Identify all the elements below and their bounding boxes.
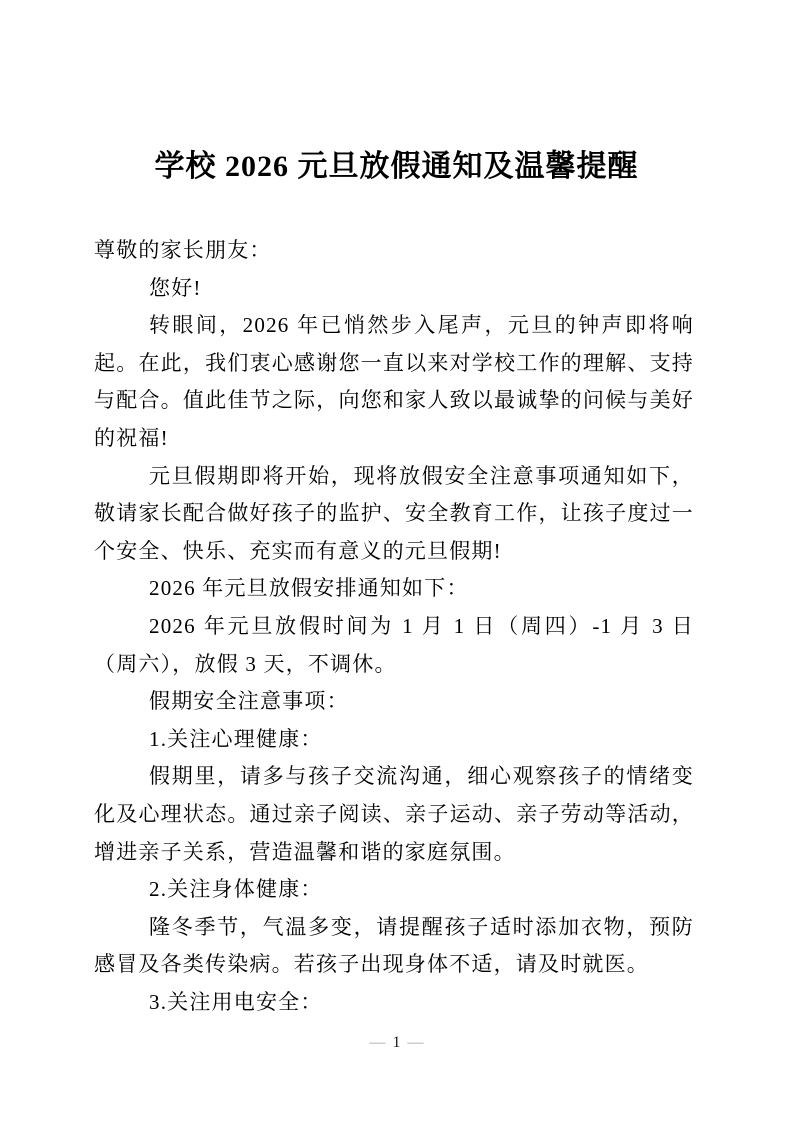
body-paragraph: 隆冬季节，气温多变，请提醒孩子适时添加衣物，预防感冒及各类传染病。若孩子出现身体…	[94, 909, 694, 984]
body-paragraph: 您好!	[94, 270, 694, 308]
document-page: 学校 2026 元旦放假通知及温馨提醒 尊敬的家长朋友： 您好! 转眼间，202…	[0, 0, 793, 1122]
body-paragraph: 假期安全注意事项：	[94, 683, 694, 721]
body-paragraph: 2026 年元旦放假时间为 1 月 1 日（周四）-1 月 3 日（周六），放假…	[94, 608, 694, 683]
page-number: 1	[393, 1034, 401, 1051]
body-paragraph: 3.关注用电安全：	[94, 984, 694, 1022]
body-paragraph: 假期里，请多与孩子交流沟通，细心观察孩子的情绪变化及心理状态。通过亲子阅读、亲子…	[94, 758, 694, 871]
document-body: 尊敬的家长朋友： 您好! 转眼间，2026 年已悄然步入尾声，元旦的钟声即将响起…	[94, 232, 694, 1021]
footer-dash-right: —	[408, 1034, 424, 1051]
body-paragraph: 2.关注身体健康：	[94, 871, 694, 909]
body-paragraph: 2026 年元旦放假安排通知如下：	[94, 570, 694, 608]
salutation: 尊敬的家长朋友：	[94, 232, 694, 270]
body-paragraph: 转眼间，2026 年已悄然步入尾声，元旦的钟声即将响起。在此，我们衷心感谢您一直…	[94, 307, 694, 457]
body-paragraph: 1.关注心理健康：	[94, 721, 694, 759]
page-footer: —1—	[0, 1032, 793, 1054]
body-paragraph: 元旦假期即将开始，现将放假安全注意事项通知如下，敬请家长配合做好孩子的监护、安全…	[94, 458, 694, 571]
document-title: 学校 2026 元旦放假通知及温馨提醒	[0, 0, 793, 188]
footer-dash-left: —	[370, 1034, 386, 1051]
